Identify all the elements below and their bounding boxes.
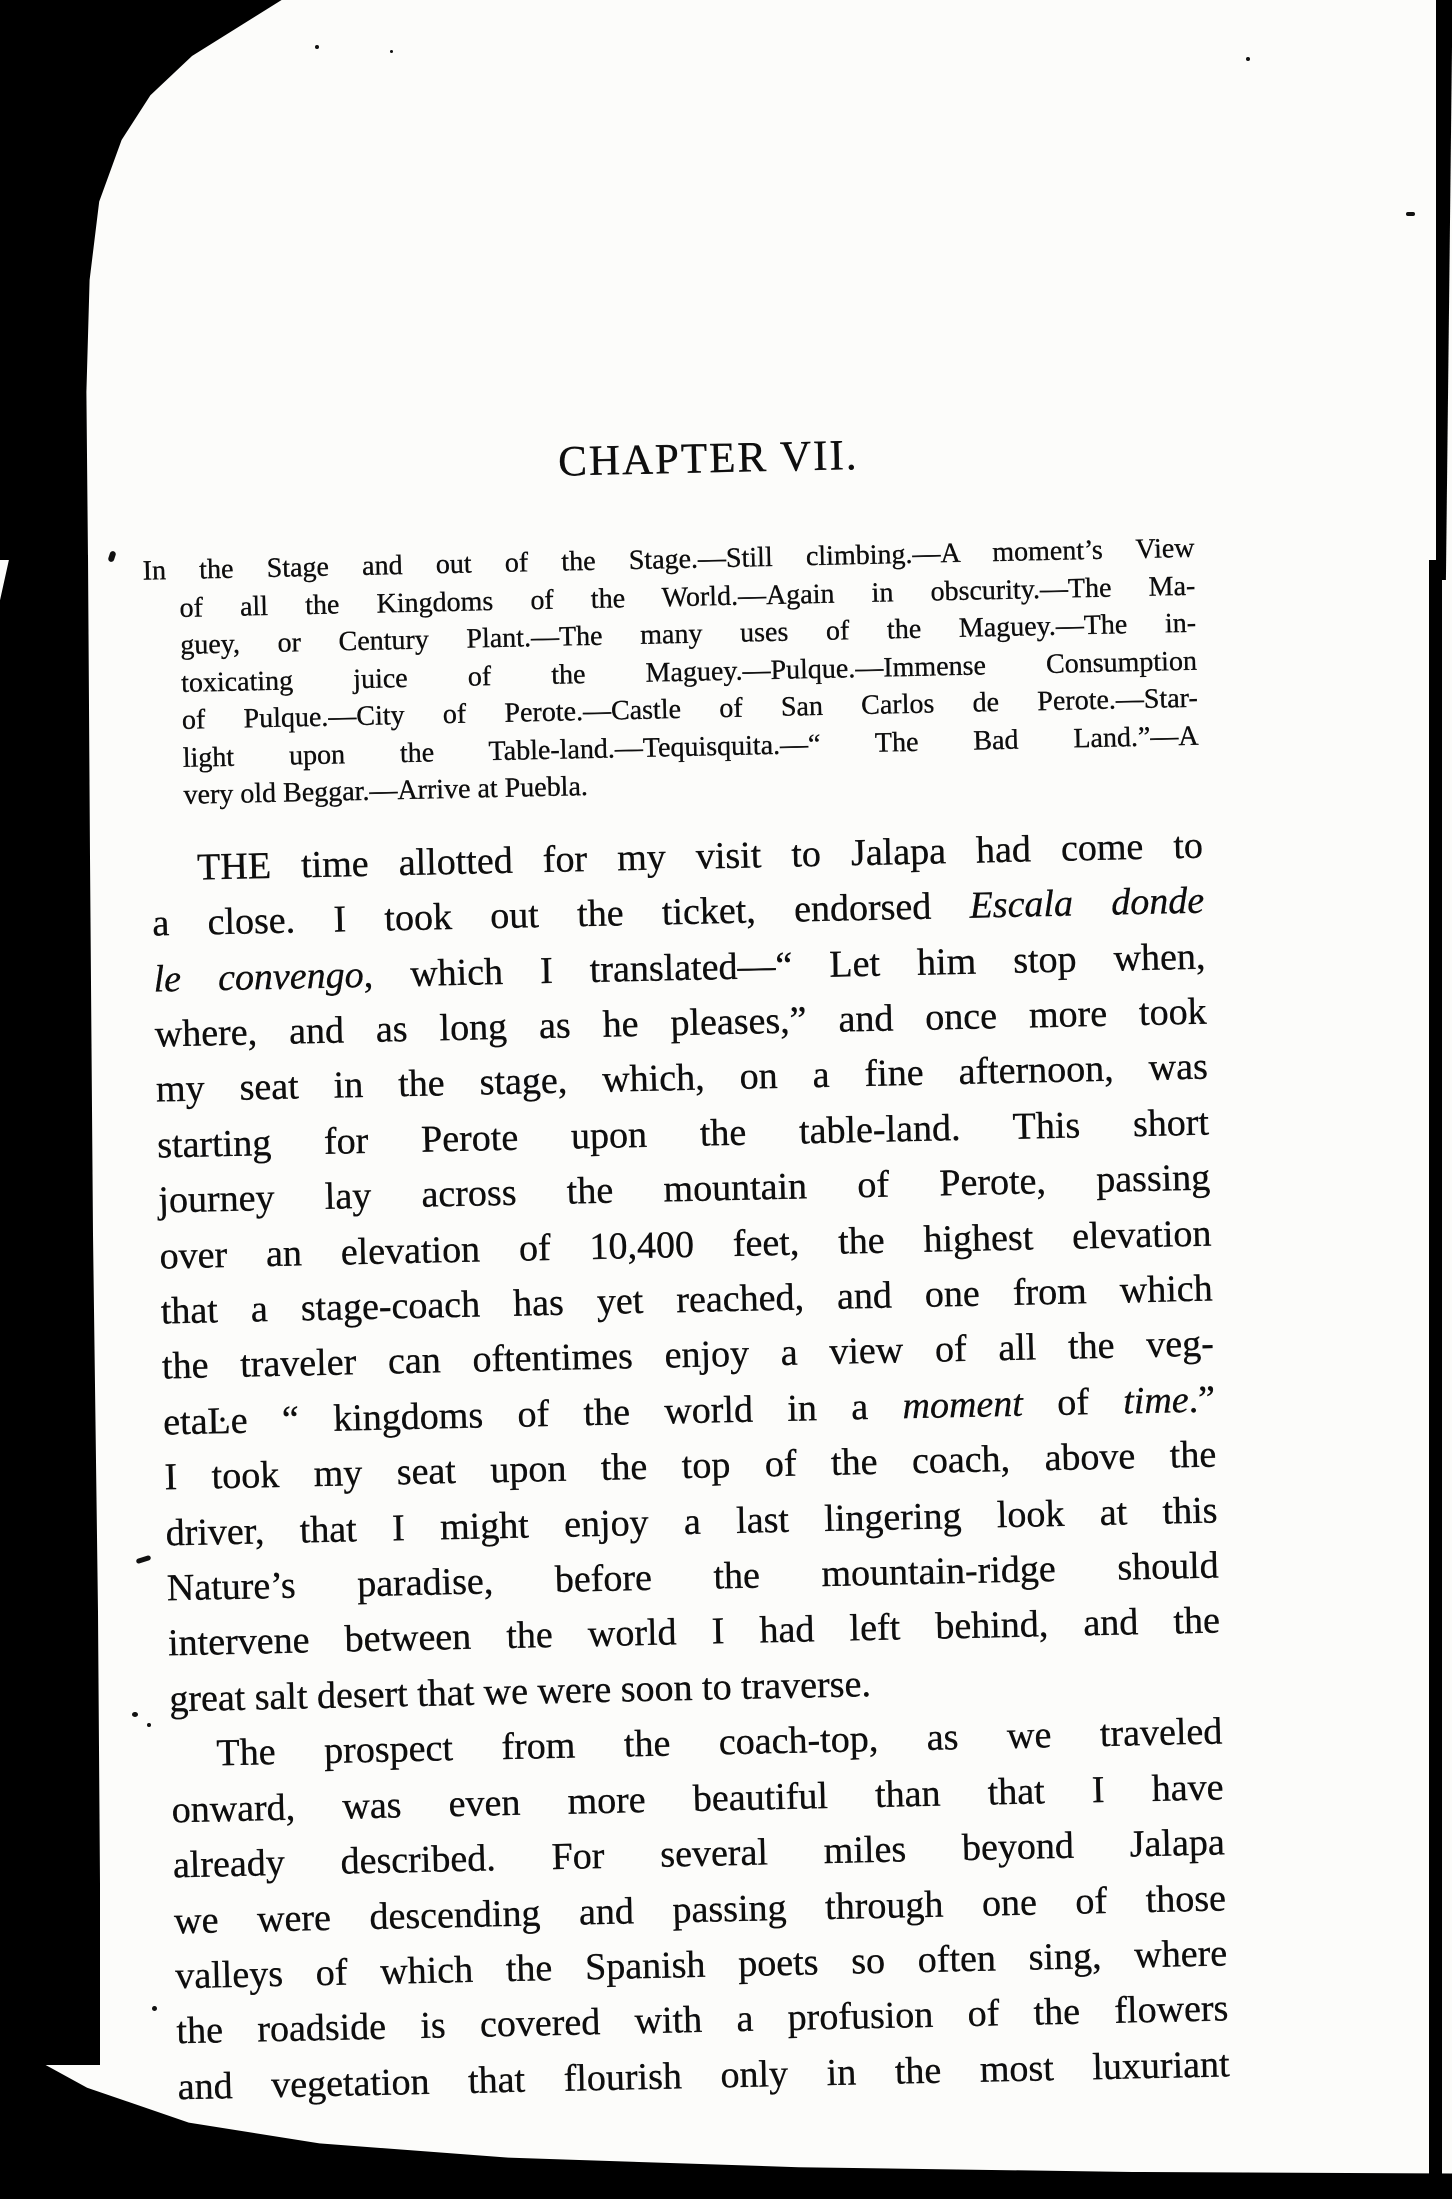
ink-speck	[390, 50, 393, 53]
body-paragraph-1: THE time allotted for my visit to Jalapa…	[151, 818, 1222, 1727]
scan-shadow-right-edge	[1429, 560, 1442, 2190]
ink-speck	[147, 1723, 151, 1727]
ink-speck	[136, 1555, 152, 1564]
ink-speck	[107, 550, 116, 562]
ink-speck	[1406, 212, 1415, 216]
ink-speck	[315, 45, 319, 49]
ink-speck	[1246, 57, 1250, 61]
body-paragraph-2: The prospect from the coach-top, as we t…	[170, 1705, 1230, 2116]
chapter-heading: CHAPTER VII.	[142, 425, 1195, 495]
ink-speck	[132, 1712, 138, 1717]
page-content: CHAPTER VII. In the Stage and out of the…	[142, 419, 1230, 2116]
chapter-summary: In the Stage and out of the Stage.—Still…	[178, 530, 1199, 815]
ink-speck	[152, 2006, 157, 2011]
scan-shadow-right-edge-top	[1436, 0, 1452, 580]
scan-shadow-left-edge	[0, 555, 100, 2065]
